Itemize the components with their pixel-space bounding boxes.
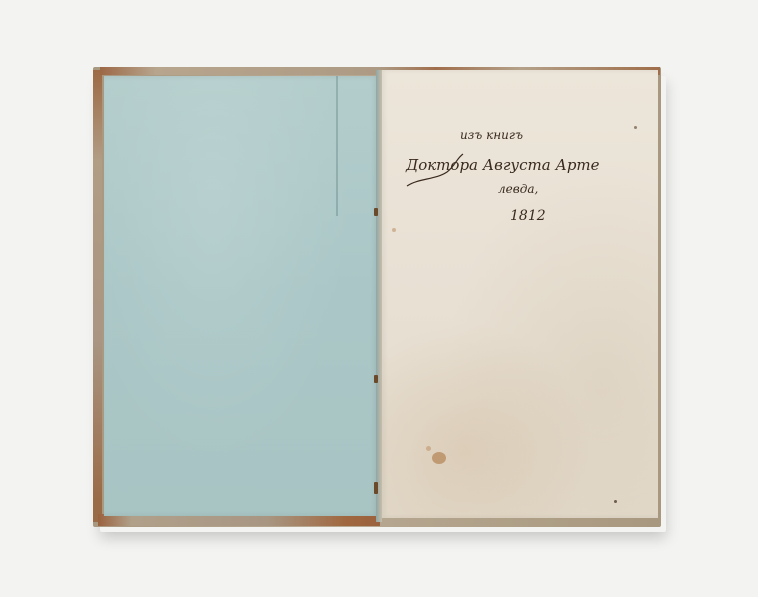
inscription-line-1: изъ книгъ — [460, 128, 523, 142]
foxing-stain — [426, 446, 431, 451]
paper-crease — [336, 76, 338, 216]
cover-edge-left — [93, 70, 102, 522]
inscription-year: 1812 — [510, 208, 546, 224]
binding-stitch — [374, 208, 378, 216]
inscription-line-3: левда, — [498, 182, 538, 196]
foxing-stain — [432, 452, 446, 464]
inscription-line-2: Доктора Августа Арте — [406, 156, 656, 174]
binding-stitch — [374, 482, 378, 494]
foxing-stain — [392, 228, 396, 232]
foxing-stain — [634, 126, 637, 129]
book-spine — [376, 70, 382, 522]
binding-stitch — [374, 375, 378, 383]
foxing-stain — [614, 500, 617, 503]
left-endpaper — [104, 76, 378, 516]
